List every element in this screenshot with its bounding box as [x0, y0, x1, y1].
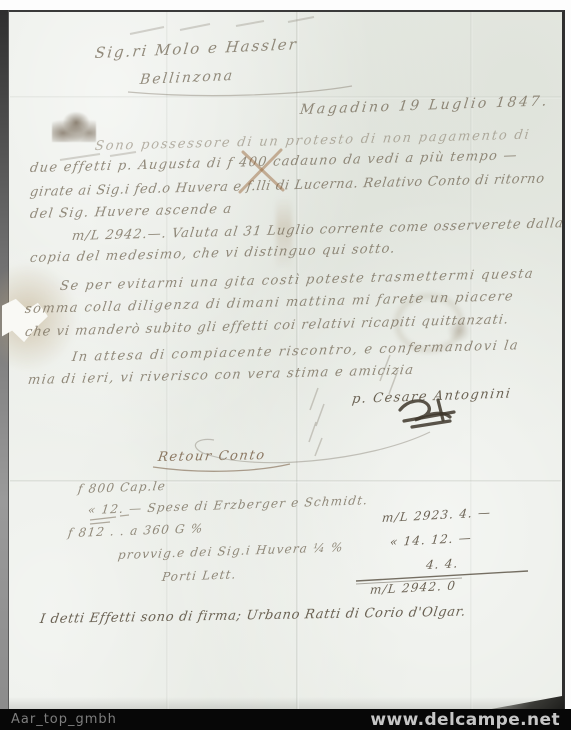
- delcampe-watermark: www.delcampe.net: [370, 710, 560, 730]
- seller-watermark: Aar_top_gmbh: [11, 712, 117, 727]
- fold-crease-vertical: [470, 12, 473, 709]
- watermark-bar: Aar_top_gmbh www.delcampe.net: [0, 709, 571, 730]
- account-line: Porti Lett.: [161, 567, 237, 584]
- ink-smudge: [52, 112, 96, 142]
- scanned-letter: Sig.ri Molo e Hassler Bellinzona Magadin…: [0, 0, 571, 730]
- account-amount: 4. 4.: [425, 556, 459, 572]
- retour-conto-title: Retour Conto: [157, 448, 267, 465]
